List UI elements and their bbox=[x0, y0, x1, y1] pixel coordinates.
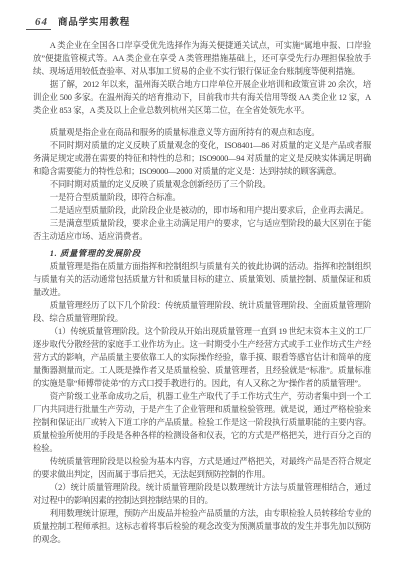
paragraph: 三是满意型质量阶段，要求企业主动满足用户的要求，它与适应型阶段的最大区别在于能否… bbox=[33, 217, 371, 243]
paragraph: 二是适应型质量阶段，此阶段企业是被动的，即市场和用户提出要求后，企业再去满足。 bbox=[33, 204, 371, 217]
book-title: 商品学实用教程 bbox=[58, 14, 130, 28]
paragraph: 一是符合型质量阶段，即符合标准。 bbox=[33, 191, 371, 204]
paragraph: 质量管理是指在质量方面指挥和控制组织与质量有关的彼此协调的活动。指挥和控制组织与… bbox=[33, 260, 371, 299]
paragraph: （1）传统质量管理阶段。这个阶段从开始出现质量管理一直到 19 世纪末资本主义的… bbox=[33, 325, 371, 390]
paragraph: 质量管理经历了以下几个阶段：传统质量管理阶段、统计质量管理阶段、全面质量管理阶段… bbox=[33, 299, 371, 325]
paragraph: 不同时期对质量的定义反映了质量观念创新经历了三个阶段。 bbox=[33, 178, 371, 191]
paragraph: 资产阶级工业革命成功之后，机器工业生产取代了手工作坊式生产，劳动者集中到一个工厂… bbox=[33, 390, 371, 455]
paragraph: 利用数理统计原理，预防产出废品并检验产品质量的方法，由专职检验人员转移给专业的质… bbox=[33, 507, 371, 546]
section-heading: 1. 质量管理的发展阶段 bbox=[33, 247, 371, 260]
page-header: 64 商品学实用教程 bbox=[26, 14, 371, 28]
page-body: A 类企业在全国各口岸享受优先选择作为海关便捷通关试点，可实施“属地申报、口岸验… bbox=[33, 39, 371, 546]
book-page: 64 商品学实用教程 A 类企业在全国各口岸享受优先选择作为海关便捷通关试点，可… bbox=[0, 0, 400, 562]
paragraph: 据了解，2012 年以来，温州海关联合地方口岸单位开展企业培训和政策宣讲 20 … bbox=[33, 78, 371, 117]
paragraph: 不同时期对质量的定义反映了质量观念的变化，ISO8401—86 对质量的定义是产… bbox=[33, 139, 371, 178]
page-number: 64 bbox=[26, 16, 51, 30]
paragraph: （2）统计质量管理阶段。统计质量管理阶段是以数理统计方法与质量管理相结合，通过对… bbox=[33, 481, 371, 507]
paragraph: 质量观是指企业在商品和服务的质量标准意义等方面所持有的观点和态度。 bbox=[33, 126, 371, 139]
paragraph: A 类企业在全国各口岸享受优先选择作为海关便捷通关试点，可实施“属地申报、口岸验… bbox=[33, 39, 371, 78]
paragraph: 传统质量管理阶段是以检验为基本内容，方式是通过严格把关，对最终产品是否符合规定的… bbox=[33, 455, 371, 481]
